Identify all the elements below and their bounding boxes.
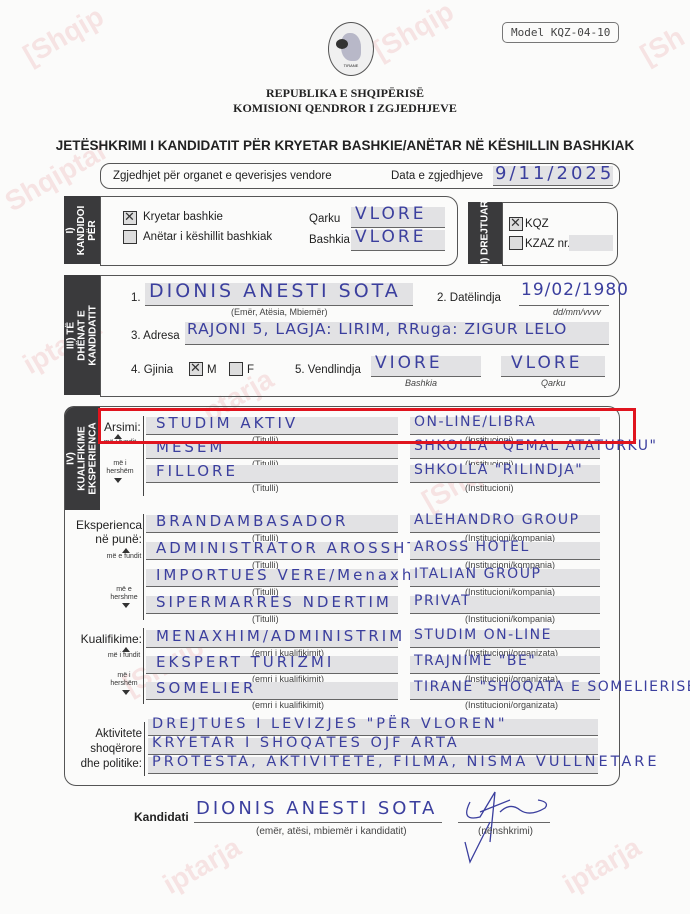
election-bar: Zgjedhjet për organet e qeverisjes vendo…	[100, 163, 620, 189]
watermark: [Sh	[635, 21, 690, 71]
anetar-checkbox[interactable]	[123, 230, 137, 244]
arrow-down-icon	[114, 478, 122, 483]
model-code-badge: Model KQZ-04-10	[502, 22, 619, 43]
signature-field[interactable]	[458, 800, 550, 823]
qual-rows-title-field[interactable]: EKSPERT TURIZMI	[146, 656, 398, 674]
arrow-down-icon	[122, 690, 130, 695]
qualifications-label: Kualifikime:	[70, 632, 142, 646]
full-name-field[interactable]: DIONIS ANESTI SOTA	[145, 283, 413, 306]
qual-rows-title-field[interactable]: SOMELIER	[146, 682, 398, 700]
commission-heading: KOMISIONI QENDROR I ZGJEDHJEVE	[0, 101, 690, 116]
election-label: Zgjedhjet për organet e qeverisjes vendo…	[113, 170, 332, 182]
kryetar-label: Kryetar bashkie	[143, 211, 223, 223]
edu-rows-title-field[interactable]: FILLORE	[146, 465, 398, 483]
activity-line[interactable]: KRYETAR I SHOQATES OJF ARTA	[148, 738, 598, 755]
form-title: JETËSHKRIMI I KANDIDATIT PËR KRYETAR BAS…	[0, 138, 690, 153]
edu-rows-institution-field[interactable]: SHKOLLA "RILINDJA"	[410, 465, 600, 483]
exp-rows-title-field[interactable]: BRANDAMBASADOR	[146, 515, 398, 533]
birthplace-label: 5. Vendlindja	[295, 364, 361, 376]
watermark: [Shqip	[18, 0, 109, 71]
candidate-name-field[interactable]: DIONIS ANESTI SOTA	[194, 800, 442, 823]
qual-rows-institution-field[interactable]: TRAJNIME "BE"	[410, 656, 600, 674]
section-iii-panel: 1. DIONIS ANESTI SOTA (Emër, Atësia, Mbi…	[100, 275, 620, 397]
republic-heading: REPUBLIKA E SHQIPËRISË	[0, 86, 690, 101]
qual-rows-institution-field[interactable]: TIRANE "SHOQATA E SOMELIERISE"	[410, 682, 600, 700]
exp-rows-institution-field[interactable]: AROSS HOTEL	[410, 542, 600, 560]
dob-label: 2. Datëlindja	[437, 292, 501, 304]
election-date-field[interactable]: 9/11/2025	[493, 166, 613, 186]
kqz-seal-logo: TIRANE	[328, 22, 374, 76]
activities-label: Aktivitete	[70, 728, 142, 740]
election-date-label: Data e zgjedhjeve	[391, 170, 483, 182]
bashkia-label: Bashkia	[309, 234, 350, 246]
highlight-box	[98, 408, 636, 444]
qarku-label: Qarku	[309, 213, 340, 225]
activity-line[interactable]: PROTESTA, AKTIVITETE, FILMA, NISMA VULLN…	[148, 757, 598, 774]
kqz-label: KQZ	[525, 218, 549, 230]
bashkia-field[interactable]: VLORE	[351, 230, 445, 251]
gender-m-checkbox[interactable]	[189, 362, 203, 376]
watermark: [Shqip	[368, 0, 459, 67]
exp-rows-institution-field[interactable]: ITALIAN GROUP	[410, 569, 600, 587]
kryetar-checkbox[interactable]	[123, 211, 137, 225]
eagle-icon	[336, 39, 348, 49]
exp-rows-institution-field[interactable]: ALEHANDRO GROUP	[410, 515, 600, 533]
qual-rows-institution-field[interactable]: STUDIM ON-LINE	[410, 630, 600, 648]
exp-rows-institution-field[interactable]: PRIVAT	[410, 596, 600, 614]
birthplace-qarku-field[interactable]: VLORE	[501, 356, 605, 377]
gender-label: 4. Gjinia	[131, 364, 173, 376]
experience-label: Eksperienca	[70, 518, 142, 532]
gender-f-checkbox[interactable]	[229, 362, 243, 376]
address-field[interactable]: RAJONI 5, LAGJA: LIRIM, RRuga: ZIGUR LEL…	[185, 322, 609, 345]
birthplace-bashkia-field[interactable]: VIORE	[371, 356, 481, 377]
section-ii-panel: KQZ KZAZ nr.	[502, 202, 618, 266]
kzaz-checkbox[interactable]	[509, 236, 523, 250]
qual-rows-title-field[interactable]: MENAXHIM/ADMINISTRIM	[146, 630, 398, 648]
section-i-sidebar: I) KANDIDOI PËR	[64, 196, 100, 264]
exp-rows-title-field[interactable]: IMPORTUES VERE/Menaxh	[146, 569, 398, 587]
anetar-label: Anëtar i këshillit bashkiak	[143, 231, 272, 243]
section-i-panel: Kryetar bashkie Anëtar i këshillit bashk…	[100, 196, 458, 266]
exp-rows-title-field[interactable]: SIPERMARRES NDERTIM	[146, 596, 398, 614]
section-iii-sidebar: III) TË DHËNAT E KANDIDATIT	[64, 275, 100, 395]
kzaz-label: KZAZ nr.	[525, 238, 570, 250]
qarku-field[interactable]: VLORE	[351, 207, 445, 228]
activity-line[interactable]: DREJTUES I LEVIZJES "PËR VLOREN"	[148, 719, 598, 736]
watermark: iptarja	[158, 831, 247, 901]
seal-text: TIRANE	[329, 63, 373, 68]
section-ii-sidebar: II) DREJTUAR	[468, 202, 502, 264]
election-date-value: 9/11/2025	[495, 163, 614, 184]
arrow-down-icon	[122, 603, 130, 608]
dob-field[interactable]: 19/02/1980	[519, 283, 609, 306]
kzaz-number-field[interactable]	[569, 235, 613, 251]
kqz-checkbox[interactable]	[509, 217, 523, 231]
address-label: 3. Adresa	[131, 330, 180, 342]
candidate-label: Kandidati	[134, 810, 189, 824]
watermark: iptarja	[558, 831, 647, 901]
exp-rows-title-field[interactable]: ADMINISTRATOR AROSSHTEL	[146, 542, 398, 560]
